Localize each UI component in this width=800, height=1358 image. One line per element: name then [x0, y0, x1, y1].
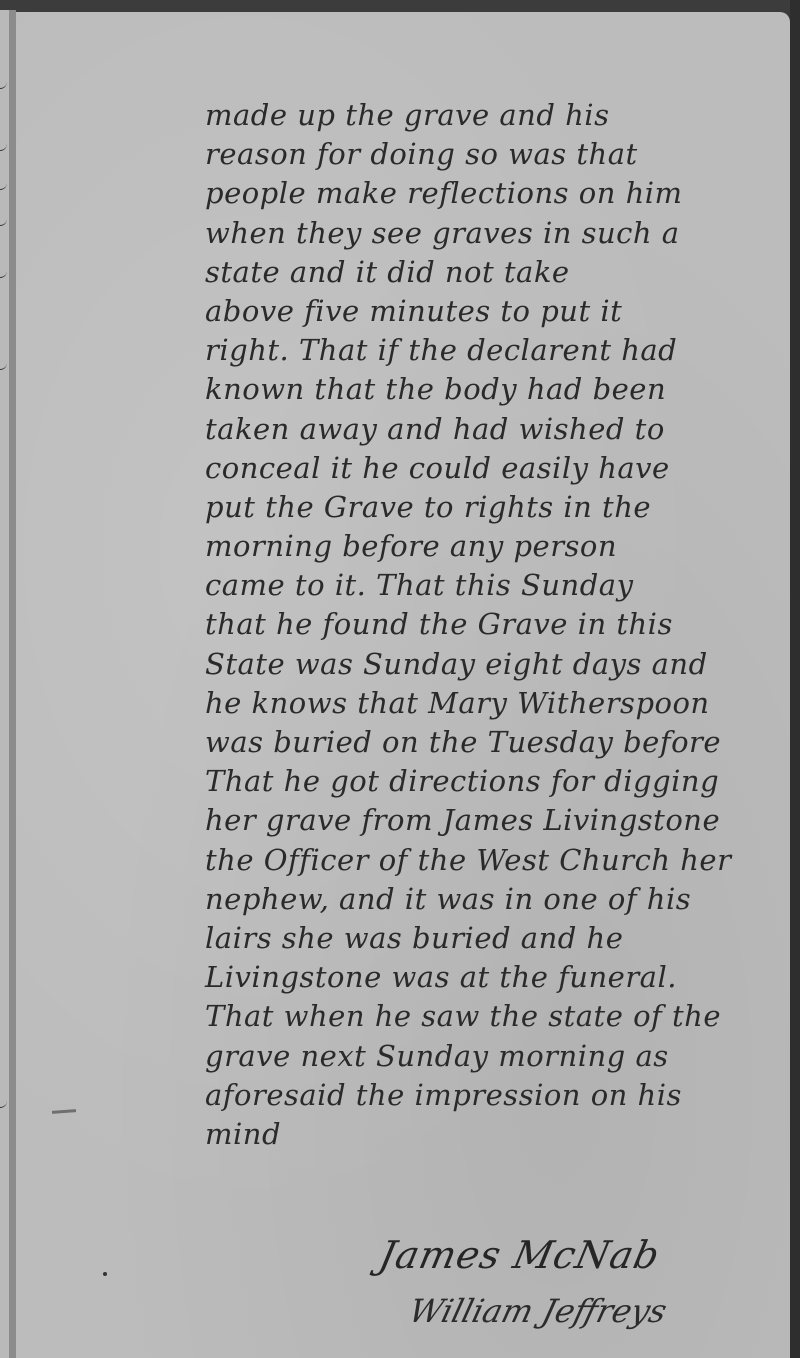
text-line: mind — [205, 1115, 780, 1154]
text-line: above five minutes to put it — [205, 292, 780, 331]
handwritten-text: made up the grave and his reason for doi… — [205, 96, 780, 1154]
text-line: came to it. That this Sunday — [205, 566, 780, 605]
scan-top-edge — [0, 0, 800, 12]
text-line: people make reflections on him — [205, 174, 780, 213]
previous-page-edge — [0, 10, 9, 1358]
text-line: lairs she was buried and he — [205, 919, 780, 958]
text-line: Livingstone was at the funeral. — [205, 958, 780, 997]
text-line: was buried on the Tuesday before — [205, 723, 780, 762]
text-line: State was Sunday eight days and — [205, 645, 780, 684]
text-line: nephew, and it was in one of his — [205, 880, 780, 919]
text-line: her grave from James Livingstone — [205, 801, 780, 840]
text-line: the Officer of the West Church her — [205, 841, 780, 880]
text-line: aforesaid the impression on his — [205, 1076, 780, 1115]
binding-fold — [9, 10, 16, 1358]
text-line: That he got directions for digging — [205, 762, 780, 801]
text-line: known that the body had been — [205, 370, 780, 409]
text-line: when they see graves in such a — [205, 214, 780, 253]
text-line: right. That if the declarent had — [205, 331, 780, 370]
text-line: grave next Sunday morning as — [205, 1037, 780, 1076]
ink-dot — [103, 1272, 107, 1276]
text-line: morning before any person — [205, 527, 780, 566]
text-line: put the Grave to rights in the — [205, 488, 780, 527]
text-line: he knows that Mary Witherspoon — [205, 684, 780, 723]
scan-right-edge — [790, 0, 800, 1358]
text-line: conceal it he could easily have — [205, 449, 780, 488]
text-line: taken away and had wished to — [205, 410, 780, 449]
text-line: made up the grave and his — [205, 96, 780, 135]
text-line: That when he saw the state of the — [205, 997, 780, 1036]
text-line: that he found the Grave in this — [205, 605, 780, 644]
text-line: state and it did not take — [205, 253, 780, 292]
text-line: reason for doing so was that — [205, 135, 780, 174]
scanned-page: made up the grave and his reason for doi… — [0, 0, 800, 1358]
